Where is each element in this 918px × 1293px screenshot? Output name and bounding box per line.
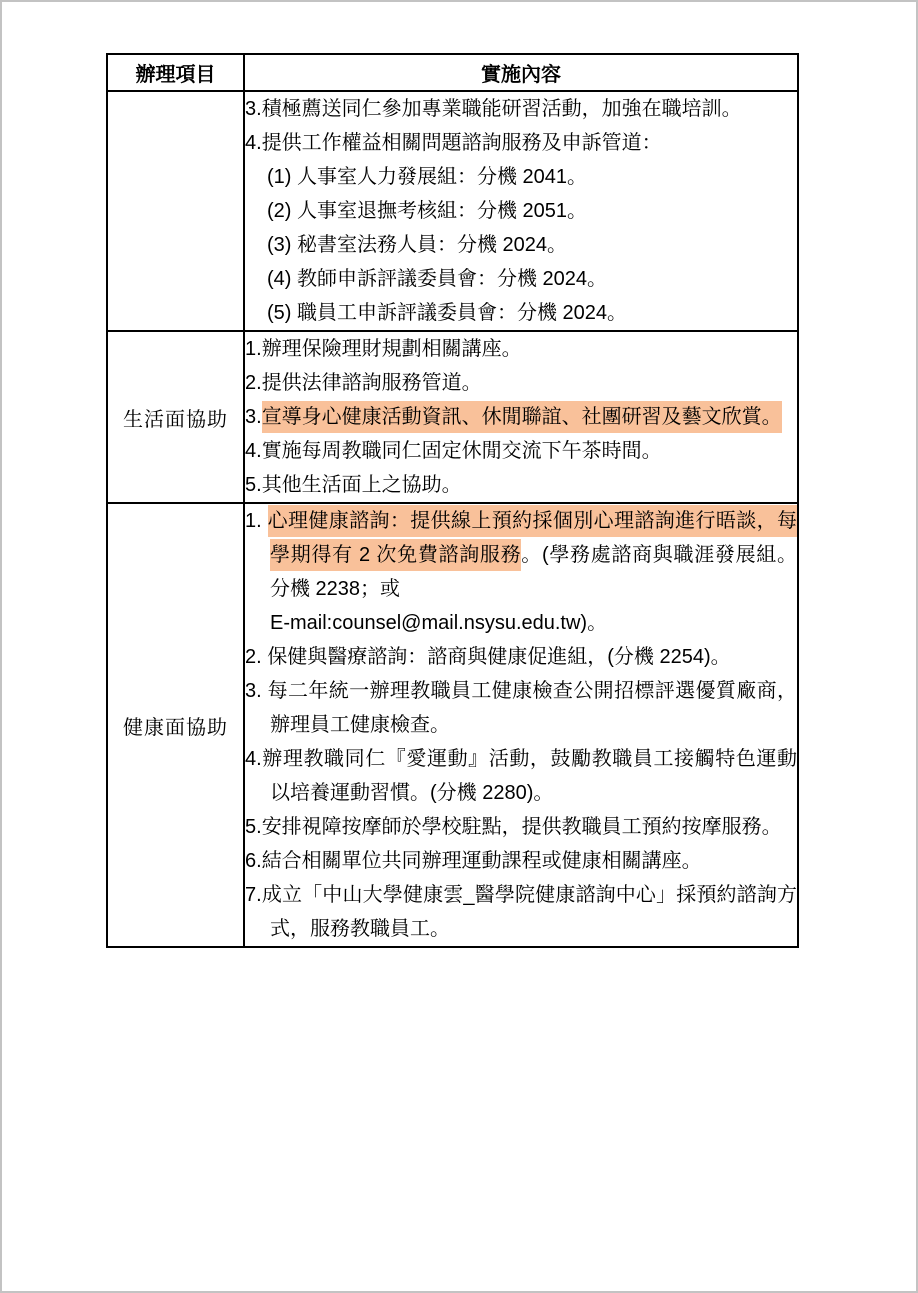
- row-label: 生活面協助: [107, 331, 244, 503]
- list-item-number: 2.: [245, 646, 267, 668]
- row-content: 1.辦理保險理財規劃相關講座。2.提供法律諮詢服務管道。3.宣導身心健康活動資訊…: [244, 331, 798, 503]
- item-text: 成立「中山大學健康雲_醫學院健康諮詢中心」採預約諮詢方式，服務教職員工。: [262, 884, 797, 940]
- item-text: 安排視障按摩師於學校駐點，提供教職員工預約按摩服務。: [262, 816, 782, 838]
- list-item-number: 2.: [245, 372, 262, 394]
- list-item: (2) 人事室退撫考核組：分機 2051。: [267, 194, 797, 228]
- list-item: (4) 教師申訴評議委員會：分機 2024。: [267, 262, 797, 296]
- list-item: 3.積極薦送同仁參加專業職能研習活動，加強在職培訓。: [245, 92, 797, 126]
- table-row: 3.積極薦送同仁參加專業職能研習活動，加強在職培訓。4.提供工作權益相關問題諮詢…: [107, 91, 798, 331]
- item-text: 其他生活面上之協助。: [262, 474, 462, 496]
- table-header: 辦理項目 實施內容: [107, 54, 798, 91]
- list-item: (1) 人事室人力發展組：分機 2041。: [267, 160, 797, 194]
- list-item-number: (2): [267, 200, 297, 222]
- list-item: 1.辦理保險理財規劃相關講座。: [245, 332, 797, 366]
- list-item-number: 3.: [245, 406, 262, 428]
- row-label: 健康面協助: [107, 503, 244, 947]
- list-item-number: 1.: [245, 338, 262, 360]
- row-label: [107, 91, 244, 331]
- item-text: E-mail:counsel@mail.nsysu.edu.tw)。: [270, 612, 607, 634]
- list-item: 4.實施每周教職同仁固定休閒交流下午茶時間。: [245, 434, 797, 468]
- row-content: 1. 心理健康諮詢：提供線上預約採個別心理諮詢進行晤談，每學期得有 2 次免費諮…: [244, 503, 798, 947]
- list-item-number: 5.: [245, 474, 262, 496]
- header-row: 辦理項目 實施內容: [107, 54, 798, 91]
- header-cell-content: 實施內容: [244, 54, 798, 91]
- list-item-number: 3.: [245, 680, 268, 702]
- item-text: 結合相關單位共同辦理運動課程或健康相關講座。: [262, 850, 702, 872]
- item-text: 每二年統一辦理教職員工健康檢查公開招標評選優質廠商，辦理員工健康檢查。: [268, 680, 797, 736]
- item-text: 保健與醫療諮詢：諮商與健康促進組，(分機 2254)。: [267, 646, 730, 668]
- item-text: 教師申訴評議委員會：分機 2024。: [297, 268, 607, 290]
- list-item-number: 4.: [245, 132, 262, 154]
- item-text: 秘書室法務人員：分機 2024。: [297, 234, 567, 256]
- list-item: 5.其他生活面上之協助。: [245, 468, 797, 502]
- list-item-number: 4.: [245, 440, 262, 462]
- table-body: 3.積極薦送同仁參加專業職能研習活動，加強在職培訓。4.提供工作權益相關問題諮詢…: [107, 91, 798, 947]
- list-item: (3) 秘書室法務人員：分機 2024。: [267, 228, 797, 262]
- item-text: 人事室人力發展組：分機 2041。: [297, 166, 587, 188]
- list-item: 3.宣導身心健康活動資訊、休閒聯誼、社團研習及藝文欣賞。: [245, 400, 797, 434]
- row-content: 3.積極薦送同仁參加專業職能研習活動，加強在職培訓。4.提供工作權益相關問題諮詢…: [244, 91, 798, 331]
- list-item-number: 5.: [245, 816, 262, 838]
- list-item: 4.提供工作權益相關問題諮詢服務及申訴管道：: [245, 126, 797, 160]
- list-item: 6.結合相關單位共同辦理運動課程或健康相關講座。: [245, 844, 797, 878]
- header-cell-items: 辦理項目: [107, 54, 244, 91]
- item-text: 辦理保險理財規劃相關講座。: [262, 338, 522, 360]
- list-item-number: 1.: [245, 510, 268, 532]
- list-item-number: 4.: [245, 748, 262, 770]
- list-item-number: (4): [267, 268, 297, 290]
- list-item: 2.提供法律諮詢服務管道。: [245, 366, 797, 400]
- list-item-number: 6.: [245, 850, 262, 872]
- list-item: 4.辦理教職同仁『愛運動』活動，鼓勵教職員工接觸特色運動以培養運動習慣。(分機 …: [245, 742, 797, 810]
- table-row: 健康面協助1. 心理健康諮詢：提供線上預約採個別心理諮詢進行晤談，每學期得有 2…: [107, 503, 798, 947]
- item-text: 積極薦送同仁參加專業職能研習活動，加強在職培訓。: [262, 98, 742, 120]
- list-item: 3. 每二年統一辦理教職員工健康檢查公開招標評選優質廠商，辦理員工健康檢查。: [245, 674, 797, 742]
- table-row: 生活面協助1.辦理保險理財規劃相關講座。2.提供法律諮詢服務管道。3.宣導身心健…: [107, 331, 798, 503]
- assistance-table: 辦理項目 實施內容 3.積極薦送同仁參加專業職能研習活動，加強在職培訓。4.提供…: [106, 53, 799, 948]
- list-item: 7.成立「中山大學健康雲_醫學院健康諮詢中心」採預約諮詢方式，服務教職員工。: [245, 878, 797, 946]
- list-item: 1. 心理健康諮詢：提供線上預約採個別心理諮詢進行晤談，每學期得有 2 次免費諮…: [245, 504, 797, 640]
- list-item: 2. 保健與醫療諮詢：諮商與健康促進組，(分機 2254)。: [245, 640, 797, 674]
- document-page: 辦理項目 實施內容 3.積極薦送同仁參加專業職能研習活動，加強在職培訓。4.提供…: [0, 0, 918, 1293]
- list-item: 5.安排視障按摩師於學校駐點，提供教職員工預約按摩服務。: [245, 810, 797, 844]
- list-item-number: (5): [267, 302, 297, 324]
- list-item-number: (1): [267, 166, 297, 188]
- list-item-number: 7.: [245, 884, 262, 906]
- item-text: 提供法律諮詢服務管道。: [262, 372, 482, 394]
- item-text: 提供工作權益相關問題諮詢服務及申訴管道：: [262, 132, 662, 154]
- list-item: (5) 職員工申訴評議委員會：分機 2024。: [267, 296, 797, 330]
- item-text: 辦理教職同仁『愛運動』活動，鼓勵教職員工接觸特色運動以培養運動習慣。(分機 22…: [262, 748, 797, 804]
- item-text: 實施每周教職同仁固定休閒交流下午茶時間。: [262, 440, 662, 462]
- item-text: 職員工申訴評議委員會：分機 2024。: [297, 302, 627, 324]
- list-item-number: 3.: [245, 98, 262, 120]
- highlighted-text: 宣導身心健康活動資訊、休閒聯誼、社團研習及藝文欣賞。: [262, 401, 782, 433]
- list-item-number: (3): [267, 234, 297, 256]
- item-text: 人事室退撫考核組：分機 2051。: [297, 200, 587, 222]
